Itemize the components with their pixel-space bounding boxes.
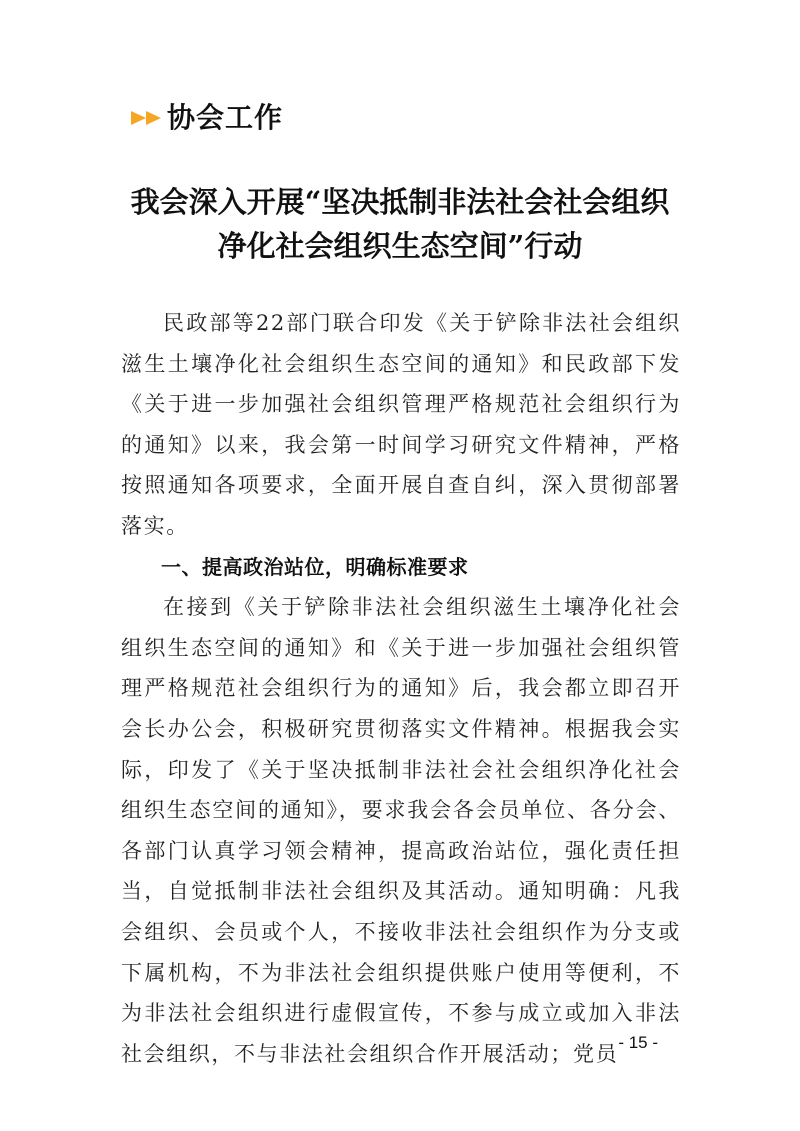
page-number: - 15 - [0, 1033, 800, 1053]
article-title-line-2: 净化社会组织生态空间”行动 [100, 224, 700, 268]
article-title-line-1: 我会深入开展“坚决抵制非法社会社会组织 [100, 180, 700, 224]
section-1-paragraph: 在接到《关于铲除非法社会组织滋生土壤净化社会组织生态空间的通知》和《关于进一步加… [121, 587, 681, 1074]
section-title: 协会工作 [167, 98, 283, 138]
double-arrow-right-icon [131, 110, 163, 126]
intro-paragraph: 民政部等22部门联合印发《关于铲除非法社会组织滋生土壤净化社会组织生态空间的通知… [121, 303, 681, 547]
article-title: 我会深入开展“坚决抵制非法社会社会组织 净化社会组织生态空间”行动 [100, 180, 700, 268]
section-header: 协会工作 [131, 98, 283, 138]
subheading-1: 一、提高政治站位，明确标准要求 [121, 547, 681, 588]
article-body: 民政部等22部门联合印发《关于铲除非法社会组织滋生土壤净化社会组织生态空间的通知… [121, 303, 681, 1074]
